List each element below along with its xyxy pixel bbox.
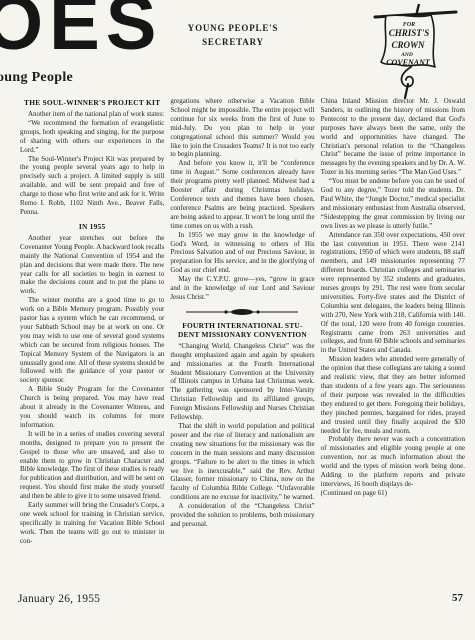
- paragraph: Mission leaders who attended were genera…: [321, 355, 465, 435]
- paragraph: A consideration of the “Changeless Chris…: [170, 502, 314, 529]
- paragraph: That the shift in world population and p…: [170, 422, 314, 502]
- paragraph: “We recommend the formation of evangelis…: [20, 119, 164, 155]
- paragraph: The winter months are a good time to go …: [20, 296, 164, 385]
- banner-word-christs: CHRIST'S: [389, 28, 430, 38]
- pennant-icon: FOR CHRIST'S CROWN AND COVENANT: [359, 2, 469, 100]
- heading-student-missionary-convention: FOURTH INTERNATIONAL STU- DENT MISSIONAR…: [170, 321, 314, 339]
- page-number: 57: [452, 592, 463, 604]
- banner-word-crown: CROWN: [391, 40, 425, 50]
- paragraph: China Inland Mission director Mr. J. Osw…: [321, 97, 465, 177]
- magazine-page: OES oung People YOUNG PEOPLE'S SECRETARY…: [0, 0, 475, 640]
- paragraph: It will be in a series of studies coveri…: [20, 430, 164, 501]
- byline-line-1: YOUNG PEOPLE'S: [168, 21, 298, 35]
- heading-line-2: DENT MISSIONARY CONVENTION: [170, 330, 314, 339]
- paragraph: Probably there never was such a concentr…: [321, 435, 465, 488]
- continued-note: (Continued on page 61): [321, 489, 465, 498]
- issue-date: January 26, 1955: [18, 593, 100, 605]
- section-divider-ornament: [170, 308, 314, 316]
- paragraph: And before you know it, it'll be “confer…: [170, 159, 314, 230]
- paragraph: gregations where otherwise a Vacation Bi…: [170, 97, 314, 159]
- banner-word-covenant: COVENANT: [386, 58, 431, 67]
- column-1: THE SOUL-WINNER'S PROJECT KIT Another it…: [20, 97, 164, 546]
- column-byline: YOUNG PEOPLE'S SECRETARY: [168, 21, 298, 50]
- masthead-big-letters: OES: [0, 0, 163, 62]
- heading-in-1955: IN 1955: [20, 222, 164, 231]
- byline-line-2: SECRETARY: [168, 35, 298, 49]
- paragraph: May the C.Y.P.U. grow—yes, “grow in grac…: [170, 275, 314, 302]
- paragraph: Attendance ran 350 over expectations, 45…: [321, 231, 465, 356]
- heading-line-1: FOURTH INTERNATIONAL STU-: [170, 321, 314, 330]
- masthead-subtitle: oung People: [0, 70, 73, 86]
- column-3: China Inland Mission director Mr. J. Osw…: [321, 97, 465, 546]
- paragraph: In 1955 we may grow in the knowledge of …: [170, 231, 314, 276]
- article-columns: THE SOUL-WINNER'S PROJECT KIT Another it…: [20, 97, 465, 546]
- paragraph: Another item of the national plan of wor…: [20, 110, 164, 119]
- banner-illustration: FOR CHRIST'S CROWN AND COVENANT: [359, 2, 469, 100]
- paragraph: Another year stretches out before the Co…: [20, 234, 164, 296]
- paragraph: “You must be undone before you can be us…: [321, 177, 465, 230]
- column-2: gregations where otherwise a Vacation Bi…: [170, 97, 314, 546]
- paragraph: Early summer will bring the Crusader's C…: [20, 501, 164, 546]
- paragraph: A Bible Study Program for the Covenanter…: [20, 385, 164, 430]
- heading-soul-winners-project-kit: THE SOUL-WINNER'S PROJECT KIT: [20, 98, 164, 107]
- paragraph: “Changing World, Changeless Christ” was …: [170, 342, 314, 422]
- divider-rule-icon: [182, 308, 302, 316]
- paragraph: The Soul-Winner's Project Kit was prepar…: [20, 155, 164, 217]
